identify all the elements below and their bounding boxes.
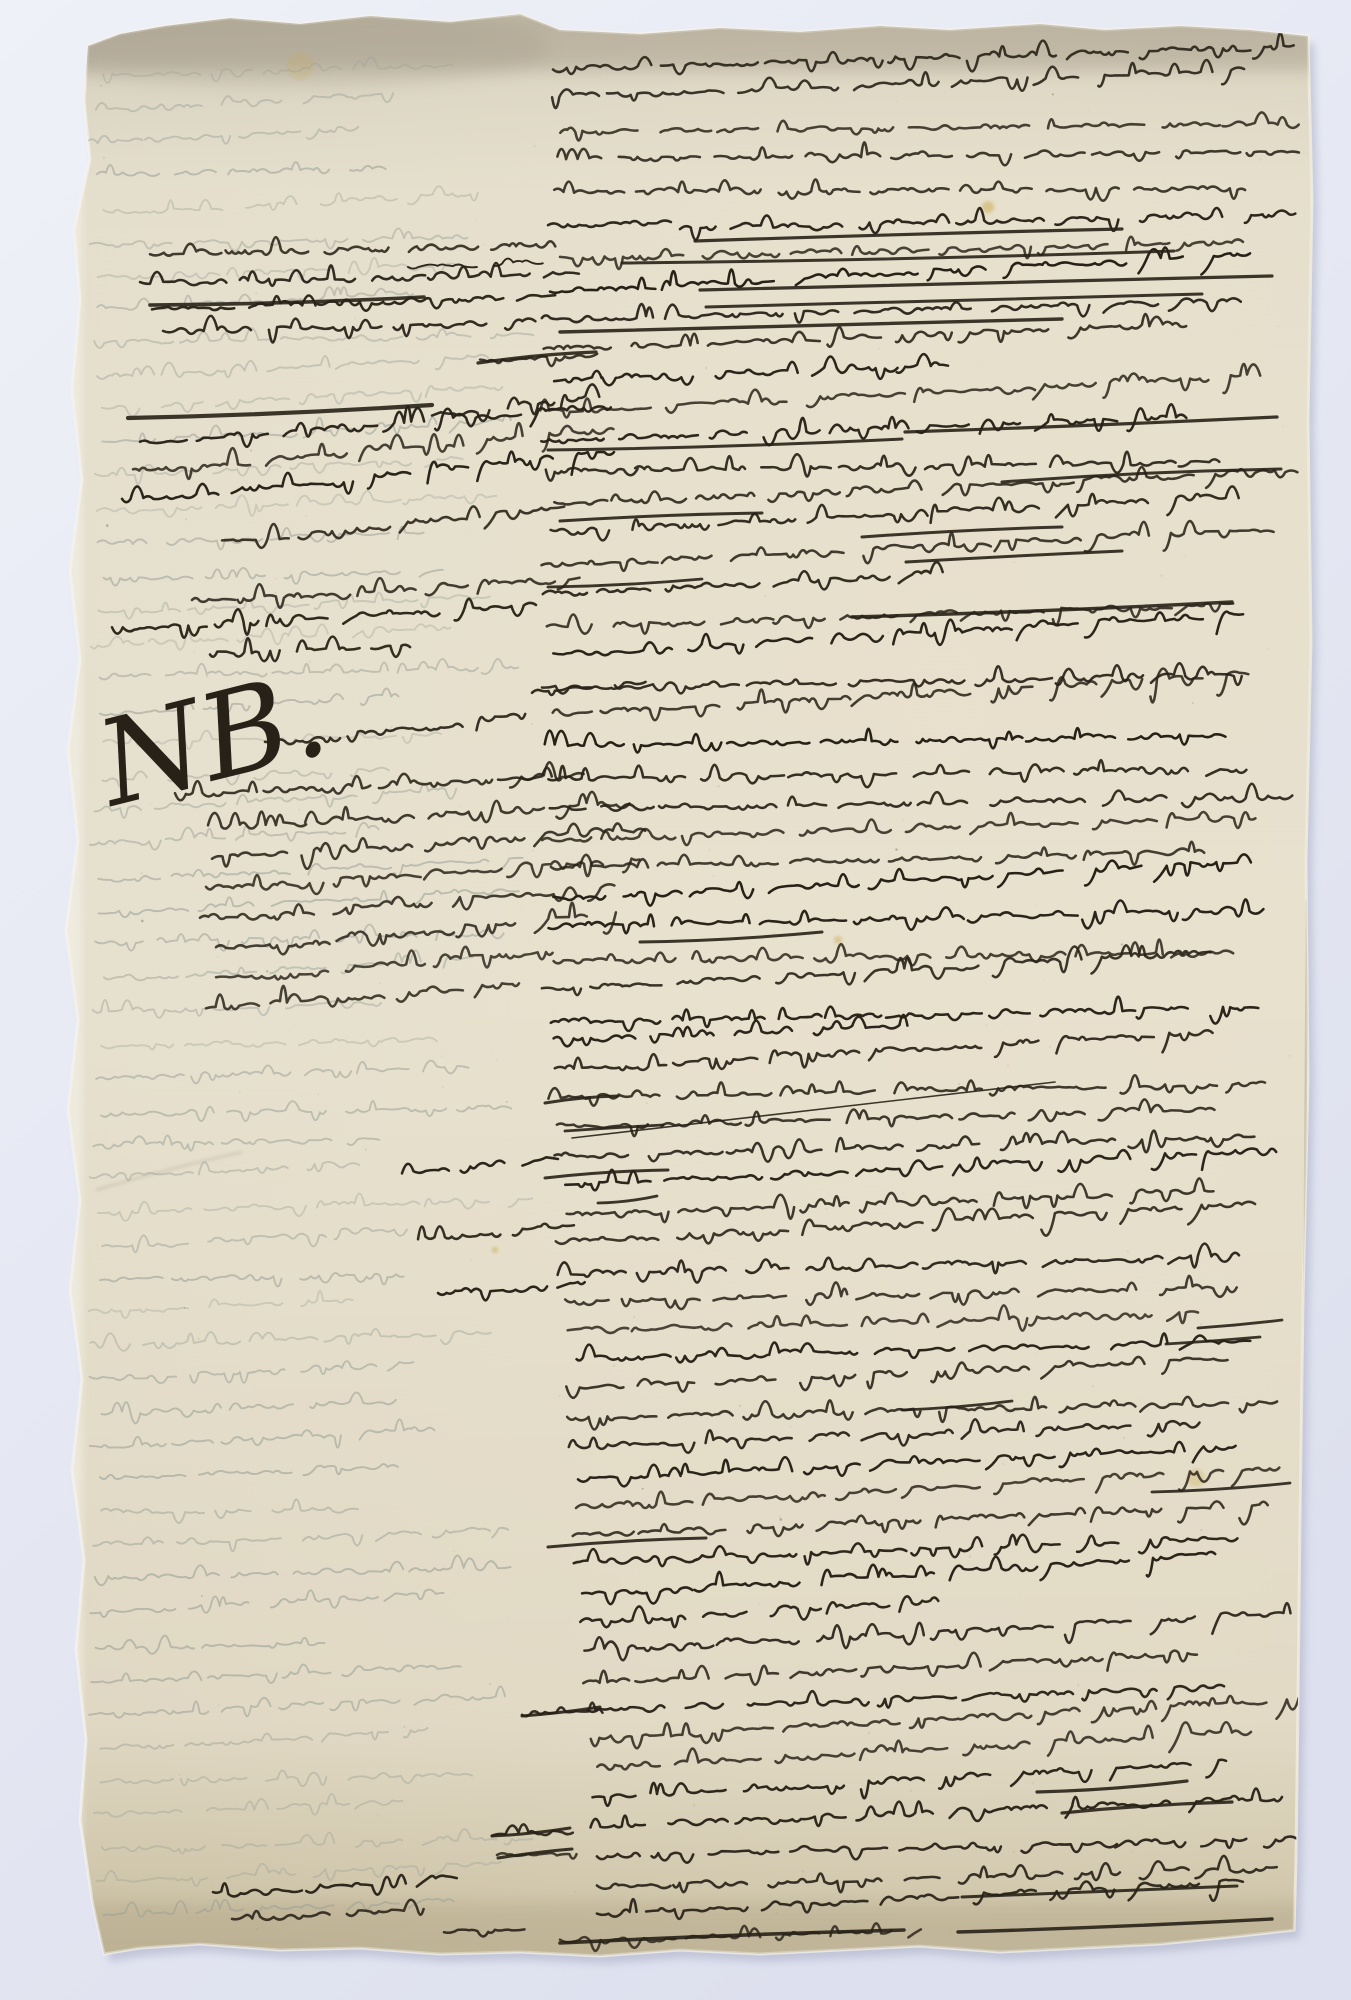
manuscript-scan-canvas: NB. <box>0 0 1351 2000</box>
paper-stain <box>492 1247 498 1253</box>
manuscript-scan: NB. <box>0 0 1351 2000</box>
paper-stain <box>834 936 842 944</box>
paper-stain <box>982 201 994 213</box>
page-surface: NB. <box>0 0 1351 2000</box>
